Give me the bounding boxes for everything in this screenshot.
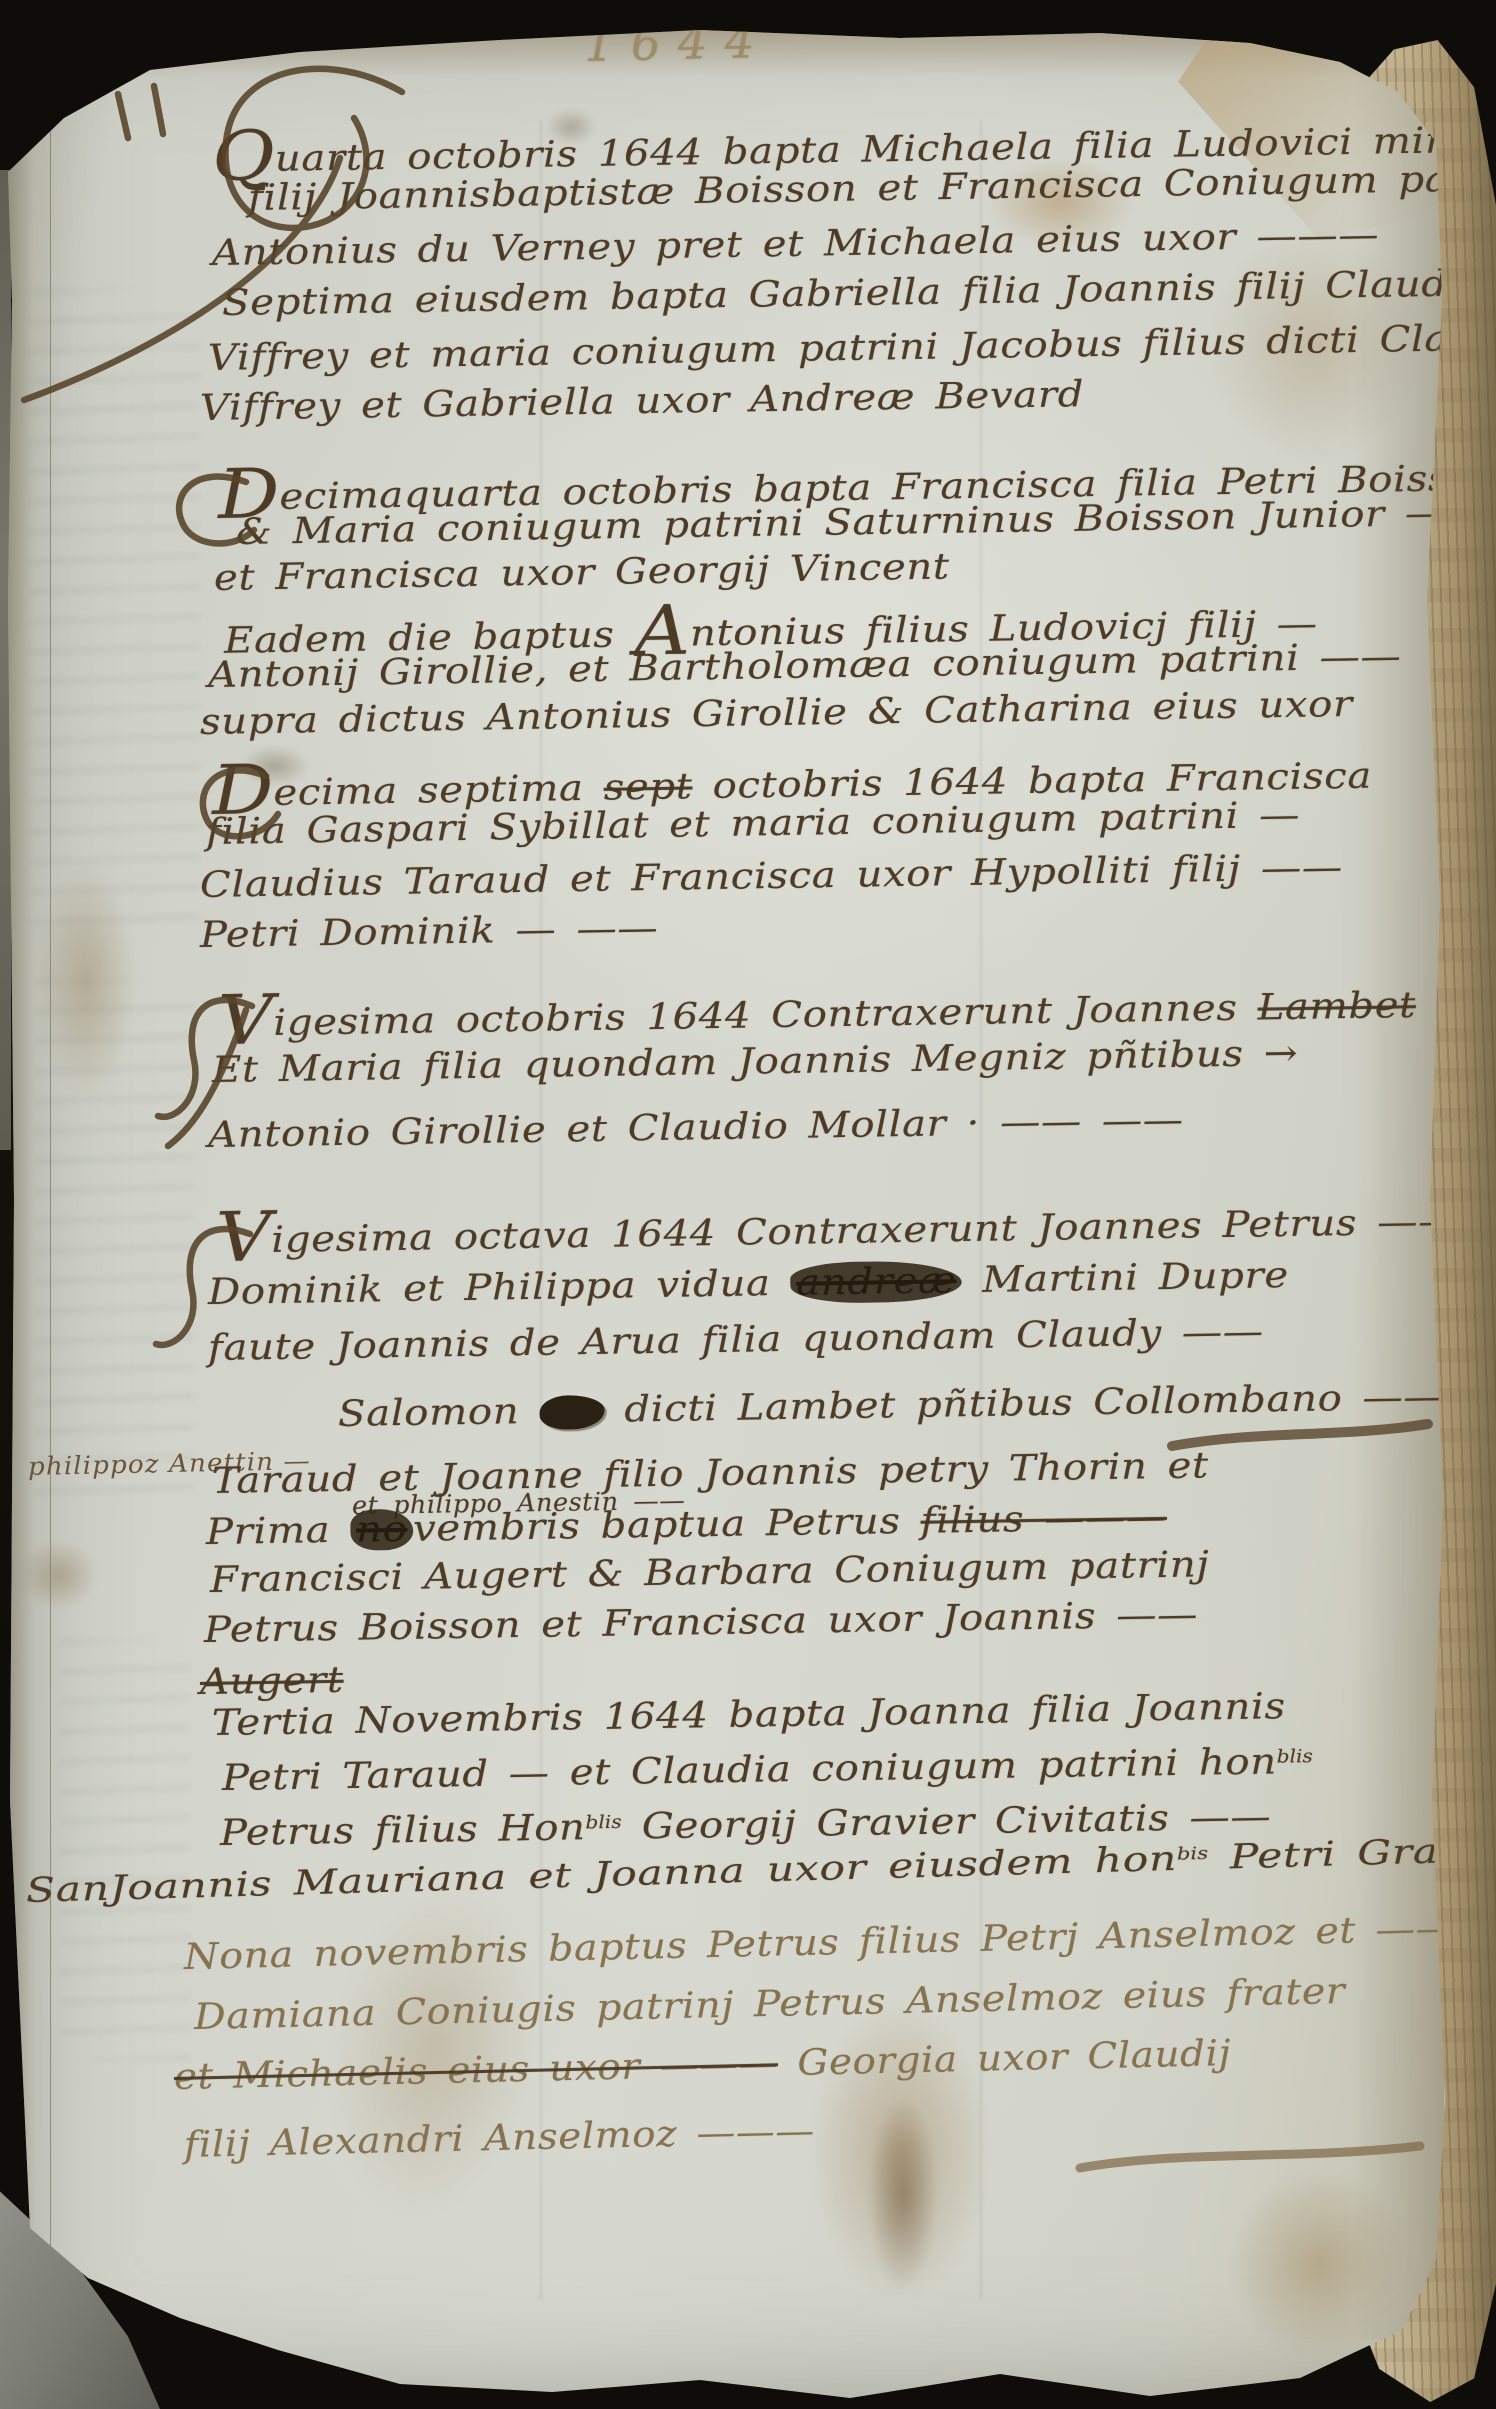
line-segment: sept <box>603 766 692 808</box>
line-segment: dicti Lambet pñtibus Collombano —— <box>604 1377 1445 1431</box>
manuscript-line: Petrus filius Honblis Georgij Gravier Ci… <box>220 1799 1272 1852</box>
line-segment: filij Joannisbaptistæ Boisson et Francis… <box>248 158 1496 219</box>
line-segment: Tertia Novembris 1644 bapta Joanna filia… <box>212 1686 1286 1744</box>
line-segment: V <box>215 1198 272 1278</box>
manuscript-line: Petri Dominik — —— <box>200 911 659 954</box>
manuscript-line: Dominik et Philippa vidua andreæ Martini… <box>208 1258 1289 1311</box>
manuscript-line: Taraud et Joanne filio Joannis petry Tho… <box>212 1448 1209 1500</box>
manuscript-line: Francisci Augert & Barbara Coniugum patr… <box>210 1547 1210 1599</box>
record-baptism-petrus-augert-prima-novembris: Prima novembris baptua Petrus filius ———… <box>0 0 1496 2409</box>
manuscript-line: Tertia Novembris 1644 bapta Joanna filia… <box>212 1689 1286 1742</box>
manuscript-line: SanJoannis Mauriana et Joanna uxor eiusd… <box>26 1832 1496 1908</box>
record-baptism-petrus-anselmoz-9-novembris: Nona novembris baptus Petrus filius Petr… <box>0 0 1496 2409</box>
manuscript-line: Decimaquarta octobris bapta Francisca fi… <box>217 442 1496 531</box>
manuscript-line: & Maria coniugum patrini Saturninus Bois… <box>236 495 1487 551</box>
ink-blot <box>539 1395 604 1430</box>
line-segment: SanJoannis Mauriana et Joanna uxor eiusd… <box>25 1839 1177 1911</box>
line-segment: Viffrey et maria coniugum patrini Jacobu… <box>208 317 1496 379</box>
line-segment: Petrus Boisson et Francisca uxor Joannis… <box>204 1594 1199 1651</box>
manuscript-line: Et Maria filia quondam Joannis Megniz pñ… <box>212 1036 1299 1089</box>
line-segment: igesima octobris 1644 Contraxerunt Joann… <box>273 987 1258 1043</box>
line-segment: et Francisca uxor Georgij Vincent <box>214 546 950 599</box>
manuscript-line: Petrus Boisson et Francisca uxor Joannis… <box>204 1597 1198 1649</box>
line-segment <box>778 2043 798 2084</box>
record-marriage-lambet-megniz-20-octobris: Vigesima octobris 1644 Contraxerunt Joan… <box>0 0 1496 2409</box>
manuscript-line: filij Joannisbaptistæ Boisson et Francis… <box>248 161 1496 217</box>
line-segment: Q <box>211 117 275 197</box>
line-segment: Antonius du Verney pret et Michaela eius… <box>212 215 1380 274</box>
line-segment: & Maria coniugum patrini Saturninus Bois… <box>236 492 1487 553</box>
line-segment: Damiana Coniugis patrinj Petrus Anselmoz… <box>194 1971 1346 2038</box>
manuscript-line: Nona novembris baptus Petrus filius Petr… <box>184 1911 1457 1976</box>
line-segment: Petrus filius Hon <box>220 1807 586 1854</box>
manuscript-line: Petri Taraud — et Claudia coniugum patri… <box>222 1744 1313 1797</box>
line-segment: Claudius Taraud et Francisca uxor Hypoll… <box>200 847 1343 906</box>
line-segment: Prima <box>206 1510 351 1553</box>
line-segment: Eadem die baptus <box>224 614 635 661</box>
line-segment: Salomon <box>338 1391 540 1435</box>
line-segment: Martini Dupre <box>962 1255 1289 1301</box>
line-segment: filius ——— <box>920 1497 1167 1542</box>
record-baptism-gabriella-viffrey-7-octobris: Septima eiusdem bapta Gabriella filia Jo… <box>0 0 1496 2409</box>
line-segment: Georgia uxor Claudij <box>797 2033 1232 2084</box>
line-segment: Petri Taraud — et Claudia coniugum patri… <box>222 1741 1277 1799</box>
manuscript-line: Vigesima octobris 1644 Contraxerunt Joan… <box>217 969 1416 1056</box>
record-baptism-michaela-boisson-4-octobris: Quarta octobris 1644 bapta Michaela fili… <box>0 0 1496 2409</box>
manuscript-line: Quarta octobris 1644 bapta Michaela fili… <box>211 103 1496 192</box>
manuscript-text: Quarta octobris 1644 bapta Michaela fili… <box>0 0 1496 2409</box>
line-segment: Francisci Augert & Barbara Coniugum patr… <box>210 1544 1210 1601</box>
line-segment: ecimaquarta octobris bapta Francisca fil… <box>279 458 1496 518</box>
line-segment: filij Alexandri Anselmoz ——— <box>184 2111 816 2166</box>
manuscript-line: et philippo Anestin —— <box>352 1488 686 1518</box>
manuscript-line: Augert <box>200 1663 344 1701</box>
manuscript-line: Damiana Coniugis patrinj Petrus Anselmoz… <box>194 1974 1346 2036</box>
record-baptism-francisca-sybillat-17-octobris: Decima septima sept octobris 1644 bapta … <box>0 0 1496 2409</box>
line-segment: blis <box>585 1812 621 1834</box>
manuscript-line: Antonij Girollie, et Bartholomæa coniugu… <box>208 639 1402 694</box>
line-segment: et philippo Anestin —— <box>352 1486 686 1520</box>
line-segment: octobris 1644 bapta Francisca <box>692 756 1372 808</box>
line-segment: Et Maria filia quondam Joannis Megniz pñ… <box>212 1033 1299 1091</box>
line-segment: blis <box>1276 1746 1312 1768</box>
line-segment: filia Gaspari Sybillat et maria coniugum… <box>206 795 1301 853</box>
manuscript-line: Septima eiusdem bapta Gabriella filia Jo… <box>222 265 1496 322</box>
line-segment: Nona novembris baptus Petrus filius Petr… <box>184 1908 1457 1978</box>
line-segment: Septima eiusdem bapta Gabriella filia Jo… <box>222 262 1496 324</box>
line-segment: Dominik et Philippa vidua <box>208 1263 791 1313</box>
line-segment: V <box>217 981 274 1061</box>
line-segment: uarta octobris 1644 bapta Michaela filia… <box>275 119 1496 180</box>
manuscript-page: 1644 philippoz Anettin — Quarta octobris… <box>0 0 1496 2409</box>
manuscript-line: Antonio Girollie et Claudio Mollar · —— … <box>208 1103 1184 1154</box>
line-segment: andreæ <box>790 1260 962 1304</box>
line-segment: Petri Dominik — —— <box>200 908 659 956</box>
manuscript-line: Viffrey et maria coniugum patrini Jacobu… <box>208 320 1496 377</box>
line-segment: faute Joannis de Arua filia quondam Clau… <box>208 1311 1264 1369</box>
line-segment: D <box>211 751 274 831</box>
photo-background: 1644 philippoz Anettin — Quarta octobris… <box>0 0 1496 2409</box>
line-segment: A <box>634 592 691 672</box>
manuscript-line: supra dictus Antonius Girollie & Cathari… <box>200 687 1353 741</box>
line-segment: Taraud et Joanne filio Joannis petry Tho… <box>212 1445 1209 1502</box>
line-segment: Augert <box>200 1660 344 1703</box>
line-segment: supra dictus Antonius Girollie & Cathari… <box>200 684 1353 743</box>
manuscript-line: Salomon dicti Lambet pñtibus Collombano … <box>338 1380 1445 1433</box>
line-segment: D <box>217 455 280 535</box>
line-segment: Antonij Girollie, et Bartholomæa coniugu… <box>208 636 1402 696</box>
line-segment: et Michaelis eius uxor ——— <box>174 2043 779 2098</box>
line-segment: vembris baptua Petrus <box>413 1501 921 1550</box>
line-segment: Antonio Girollie et Claudio Mollar · —— … <box>208 1100 1184 1156</box>
manuscript-line: filia Gaspari Sybillat et maria coniugum… <box>206 798 1301 851</box>
line-segment: ntonius filius Ludovicj filij — <box>690 604 1318 655</box>
line-segment: ecima septima <box>273 768 604 814</box>
record-baptism-joanna-taraud-3-novembris: Tertia Novembris 1644 bapta Joanna filia… <box>0 0 1496 2409</box>
manuscript-line: Viffrey et Gabriella uxor Andreæ Bevard <box>200 377 1085 427</box>
record-marriage-dominik-dupre-28-octobris: Vigesima octava 1644 Contraxerunt Joanne… <box>0 0 1496 2409</box>
manuscript-line: Vigesima octava 1644 Contraxerunt Joanne… <box>215 1185 1459 1273</box>
manuscript-line: filij Alexandri Anselmoz ——— <box>184 2114 816 2164</box>
line-segment: Viffrey et Gabriella uxor Andreæ Bevard <box>200 374 1085 429</box>
manuscript-line: Decima septima sept octobris 1644 bapta … <box>211 740 1372 827</box>
line-segment: Georgij Gravier Civitatis —— <box>621 1796 1271 1847</box>
manuscript-line: Antonius du Verney pret et Michaela eius… <box>212 218 1380 272</box>
manuscript-line: faute Joannis de Arua filia quondam Clau… <box>208 1314 1264 1367</box>
manuscript-line: et Michaelis eius uxor ——— Georgia uxor … <box>174 2036 1232 2096</box>
manuscript-line: Claudius Taraud et Francisca uxor Hypoll… <box>200 850 1343 904</box>
manuscript-line: Prima novembris baptua Petrus filius ——— <box>206 1500 1168 1551</box>
line-segment: Lambet <box>1257 985 1416 1028</box>
manuscript-line: Eadem die baptus Antonius filius Ludovic… <box>223 588 1318 674</box>
line-segment: no <box>350 1509 413 1551</box>
line-segment: bis <box>1177 1844 1209 1865</box>
line-segment: igesima octava 1644 Contraxerunt Joannes… <box>271 1201 1459 1261</box>
record-baptism-francisca-boisson-14-octobris: Decimaquarta octobris bapta Francisca fi… <box>0 0 1496 2409</box>
record-baptism-antonius-girollie-eadem-die: Eadem die baptus Antonius filius Ludovic… <box>0 0 1496 2409</box>
manuscript-line: et Francisca uxor Georgij Vincent <box>214 549 950 597</box>
